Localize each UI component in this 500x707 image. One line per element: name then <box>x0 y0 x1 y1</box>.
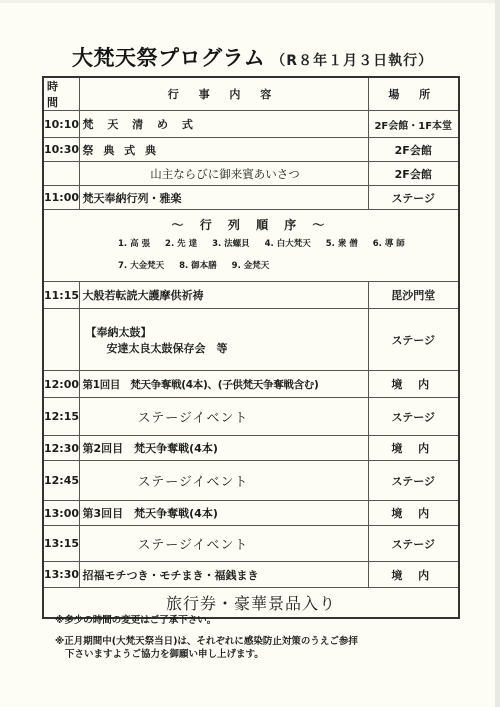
procession-item: 8. 御本膳 <box>179 261 217 271</box>
row-time: 11:15 <box>43 282 79 309</box>
row-place: 2F会館 <box>368 138 459 162</box>
notes: ※多少の時間の変更はご了承下さい。 ※正月期間中(大梵天祭当日)は、それぞれに感… <box>55 612 358 661</box>
note-line-1: ※正月期間中(大梵天祭当日)は、それぞれに感染防止対策のうえご参拝 <box>55 635 358 648</box>
row-place: ステージ <box>368 398 459 436</box>
procession-heading: ～ 行 列 順 序 ～ <box>44 216 458 233</box>
table-row: 11:15 大般若転読大護摩供祈祷 毘沙門堂 <box>43 282 459 309</box>
row-event: 梵 天 清 め 式 <box>79 111 368 138</box>
procession-line-2: 7. 大金梵天 8. 御本膳 9. 金梵天 <box>118 255 458 277</box>
procession-item: 1. 高 張 <box>118 239 150 249</box>
procession-item: 2. 先 達 <box>165 239 197 249</box>
row-time <box>43 162 79 186</box>
row-event: 第1回目 梵天争奪戦(4本)、(子供梵天争奪戦含む) <box>79 371 368 398</box>
row-place: 境 内 <box>368 371 459 398</box>
row-event: 梵天奉納行列・雅楽 <box>79 186 368 210</box>
table-row: 11:00 梵天奉納行列・雅楽 ステージ <box>43 186 459 210</box>
note-time-change: ※多少の時間の変更はご了承下さい。 <box>55 612 358 626</box>
table-row: 10:10 梵 天 清 め 式 2F会館・1F本堂 <box>43 111 459 138</box>
row-event: 第2回目 梵天争奪戦(4本) <box>79 436 368 461</box>
row-place: ステージ <box>368 461 459 501</box>
procession-list: 1. 高 張 2. 先 達 3. 法螺貝 4. 白大梵天 5. 衆 僧 6. 導… <box>44 233 458 277</box>
title-date: （R８年１月３日執行） <box>271 53 433 69</box>
row-place: ステージ <box>368 186 459 210</box>
row-place: 2F会館 <box>368 162 459 186</box>
row-time <box>43 309 79 371</box>
row-event: 祭 典 式 典 <box>79 138 368 162</box>
table-header-row: 時 間 行 事 内 容 場 所 <box>43 77 459 111</box>
procession-item: 6. 導 師 <box>373 239 405 249</box>
row-time: 13:30 <box>43 562 79 588</box>
row-place: 毘沙門堂 <box>368 282 459 309</box>
taiko-label: 【奉納太鼓】 <box>83 324 368 340</box>
procession-item: 9. 金梵天 <box>232 261 270 271</box>
header-place: 場 所 <box>368 77 459 111</box>
table-row: 10:30 祭 典 式 典 2F会館 <box>43 138 459 162</box>
row-event: 招福モチつき・モチまき・福銭まき <box>79 562 368 588</box>
row-event: 山主ならびに御来賓あいさつ <box>79 162 368 186</box>
table-row: 13:15 ステージイベント ステージ <box>43 526 459 562</box>
table-row: 12:15 ステージイベント ステージ <box>43 398 459 436</box>
page-title: 大梵天祭プログラム（R８年１月３日執行） <box>72 42 433 72</box>
row-event: ステージイベント <box>79 398 368 436</box>
taiko-event: 【奉納太鼓】 安達太良太鼓保存会 等 <box>79 309 368 371</box>
procession-cell: ～ 行 列 順 序 ～ 1. 高 張 2. 先 達 3. 法螺貝 4. 白大梵天… <box>43 210 459 282</box>
table-row: 12:45 ステージイベント ステージ <box>43 461 459 501</box>
procession-item: 4. 白大梵天 <box>265 239 311 249</box>
table-row: 12:30 第2回目 梵天争奪戦(4本) 境 内 <box>43 436 459 461</box>
row-time: 13:15 <box>43 526 79 562</box>
row-place: ステージ <box>368 309 459 371</box>
table-row: 13:00 第3回目 梵天争奪戦(4本) 境 内 <box>43 501 459 526</box>
table-row: 12:00 第1回目 梵天争奪戦(4本)、(子供梵天争奪戦含む) 境 内 <box>43 371 459 398</box>
scan-right-edge <box>495 0 500 707</box>
note-line-2: 下さいますようご協力を御願い申し上げます。 <box>55 648 358 661</box>
row-place: 2F会館・1F本堂 <box>368 111 459 138</box>
row-time: 11:00 <box>43 186 79 210</box>
taiko-row: 【奉納太鼓】 安達太良太鼓保存会 等 ステージ <box>43 309 459 371</box>
title-main: 大梵天祭プログラム <box>72 46 265 70</box>
procession-item: 7. 大金梵天 <box>118 261 164 271</box>
row-place: 境 内 <box>368 436 459 461</box>
row-event: 大般若転読大護摩供祈祷 <box>79 282 368 309</box>
row-time: 12:15 <box>43 398 79 436</box>
header-time: 時 間 <box>43 77 79 111</box>
row-event: ステージイベント <box>79 461 368 501</box>
procession-item: 5. 衆 僧 <box>326 239 358 249</box>
scan-top-edge <box>0 0 500 3</box>
row-event: ステージイベント <box>79 526 368 562</box>
table-row: 13:30 招福モチつき・モチまき・福銭まき 境 内 <box>43 562 459 588</box>
table-row: 山主ならびに御来賓あいさつ 2F会館 <box>43 162 459 186</box>
row-event: 第3回目 梵天争奪戦(4本) <box>79 501 368 526</box>
taiko-group: 安達太良太鼓保存会 等 <box>83 340 368 356</box>
row-time: 13:00 <box>43 501 79 526</box>
row-time: 10:10 <box>43 111 79 138</box>
program-table: 時 間 行 事 内 容 場 所 10:10 梵 天 清 め 式 2F会館・1F本… <box>42 76 460 619</box>
procession-row: ～ 行 列 順 序 ～ 1. 高 張 2. 先 達 3. 法螺貝 4. 白大梵天… <box>43 210 459 282</box>
procession-line-1: 1. 高 張 2. 先 達 3. 法螺貝 4. 白大梵天 5. 衆 僧 6. 導… <box>118 233 458 255</box>
row-place: ステージ <box>368 526 459 562</box>
header-event: 行 事 内 容 <box>79 77 368 111</box>
row-time: 12:30 <box>43 436 79 461</box>
row-place: 境 内 <box>368 562 459 588</box>
note-infection-prevention: ※正月期間中(大梵天祭当日)は、それぞれに感染防止対策のうえご参拝 下さいますよ… <box>55 635 358 661</box>
row-time: 12:00 <box>43 371 79 398</box>
row-place: 境 内 <box>368 501 459 526</box>
procession-item: 3. 法螺貝 <box>212 239 250 249</box>
row-time: 10:30 <box>43 138 79 162</box>
row-time: 12:45 <box>43 461 79 501</box>
